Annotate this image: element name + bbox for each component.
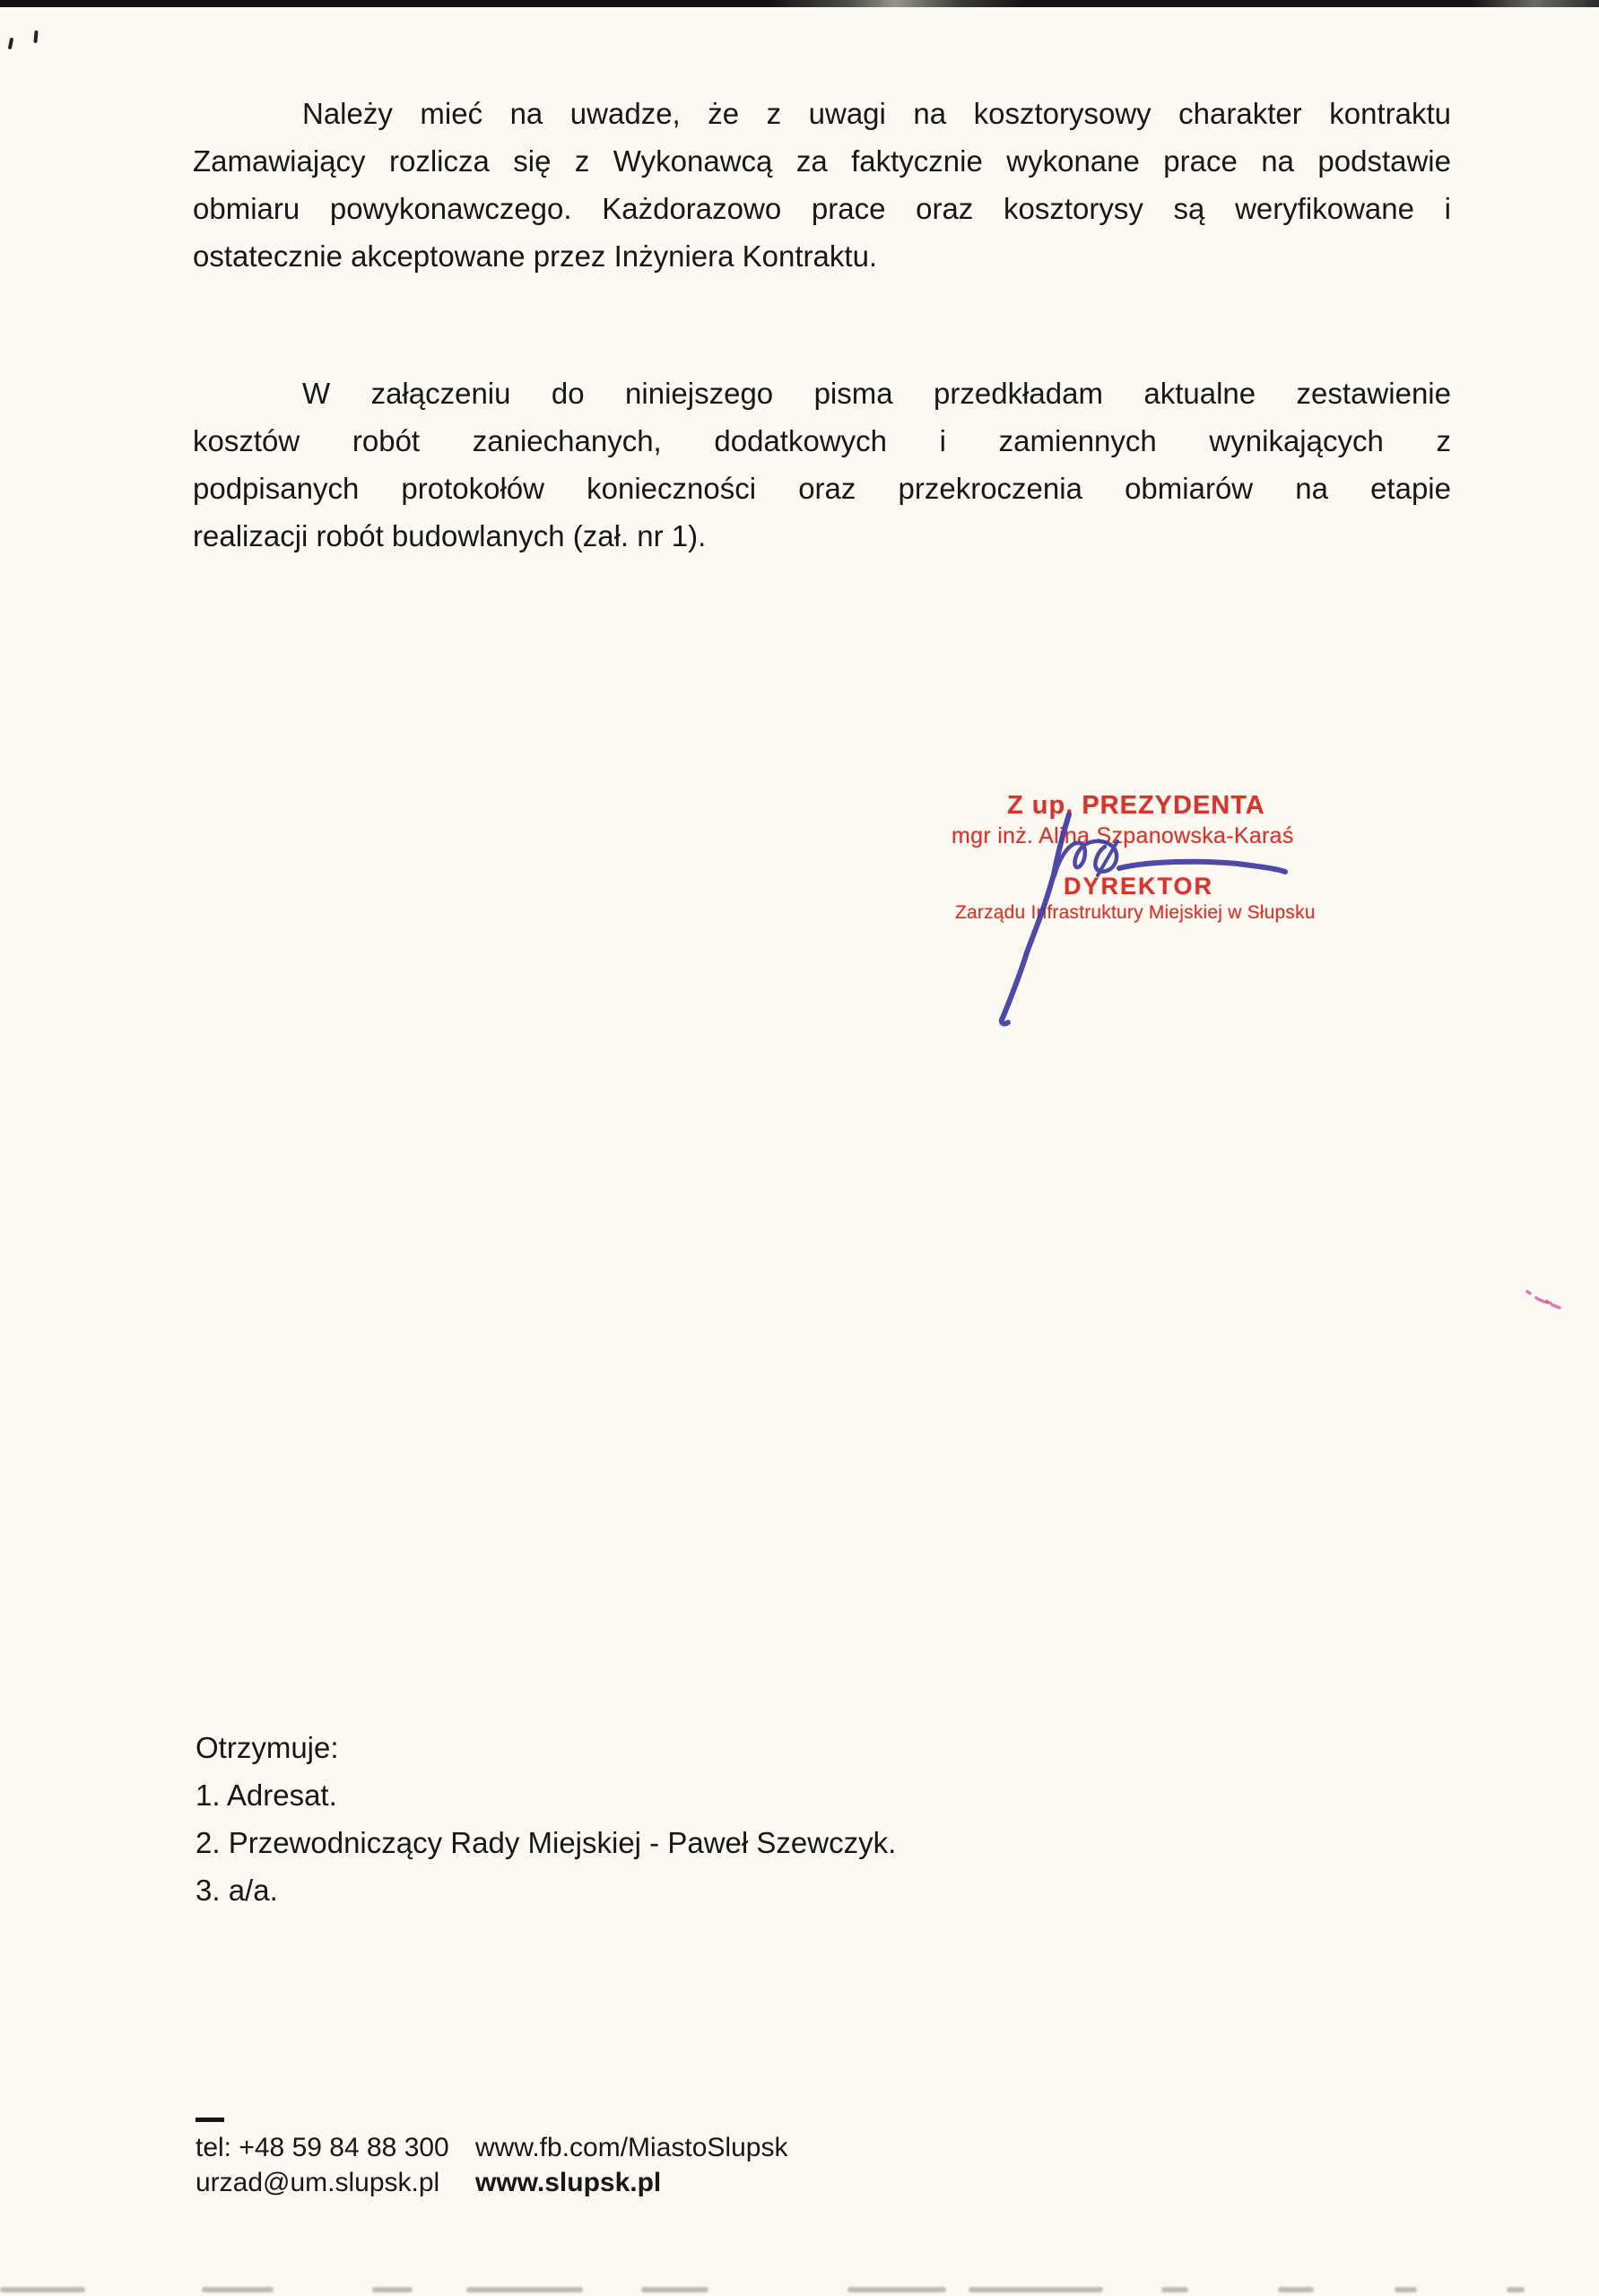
scanned-letter-page: Należy mieć na uwadze, że z uwagi na kos… xyxy=(0,0,1599,2296)
recipient-item: 3. a/a. xyxy=(196,1866,896,1914)
scan-speck-mark xyxy=(8,38,14,50)
footer-website-url: www.slupsk.pl xyxy=(475,2165,661,2200)
distribution-list: Otrzymuje: 1. Adresat. 2. Przewodniczący… xyxy=(196,1724,896,1914)
footer-divider-dash xyxy=(196,2118,224,2122)
handwritten-signature xyxy=(969,789,1309,1049)
paragraph-line: kosztów robót zaniechanych, dodatkowych … xyxy=(193,417,1451,465)
recipient-item: 1. Adresat. xyxy=(196,1771,896,1819)
paragraph-line: obmiaru powykonawczego. Każdorazowo prac… xyxy=(193,185,1451,232)
paragraph-line: realizacji robót budowlanych (zał. nr 1)… xyxy=(193,512,1451,560)
paragraph-line: podpisanych protokołów konieczności oraz… xyxy=(193,465,1451,512)
scan-edge-noise-bottom xyxy=(0,2282,1599,2296)
scan-speck-mark xyxy=(33,30,38,43)
recipient-item: 2. Przewodniczący Rady Miejskiej - Paweł… xyxy=(196,1819,896,1866)
pink-ink-smudge xyxy=(1520,1287,1574,1323)
paragraph-line: Należy mieć na uwadze, że z uwagi na kos… xyxy=(193,90,1451,137)
footer-phone: tel: +48 59 84 88 300 xyxy=(196,2130,475,2165)
footer-facebook-url: www.fb.com/MiastoSlupsk xyxy=(475,2130,787,2165)
paragraph-line: Zamawiający rozlicza się z Wykonawcą za … xyxy=(193,137,1451,185)
footer-email: urzad@um.slupsk.pl xyxy=(196,2165,475,2200)
footer-contact-block: tel: +48 59 84 88 300 www.fb.com/MiastoS… xyxy=(196,2118,787,2200)
paragraph-line: W załączeniu do niniejszego pisma przedk… xyxy=(193,370,1451,417)
body-paragraph-2: W załączeniu do niniejszego pisma przedk… xyxy=(193,370,1451,560)
paragraph-line: ostatecznie akceptowane przez Inżyniera … xyxy=(193,232,1451,280)
distribution-heading: Otrzymuje: xyxy=(196,1724,896,1771)
body-paragraph-1: Należy mieć na uwadze, że z uwagi na kos… xyxy=(193,90,1451,280)
scan-edge-bar-top xyxy=(0,0,1599,7)
